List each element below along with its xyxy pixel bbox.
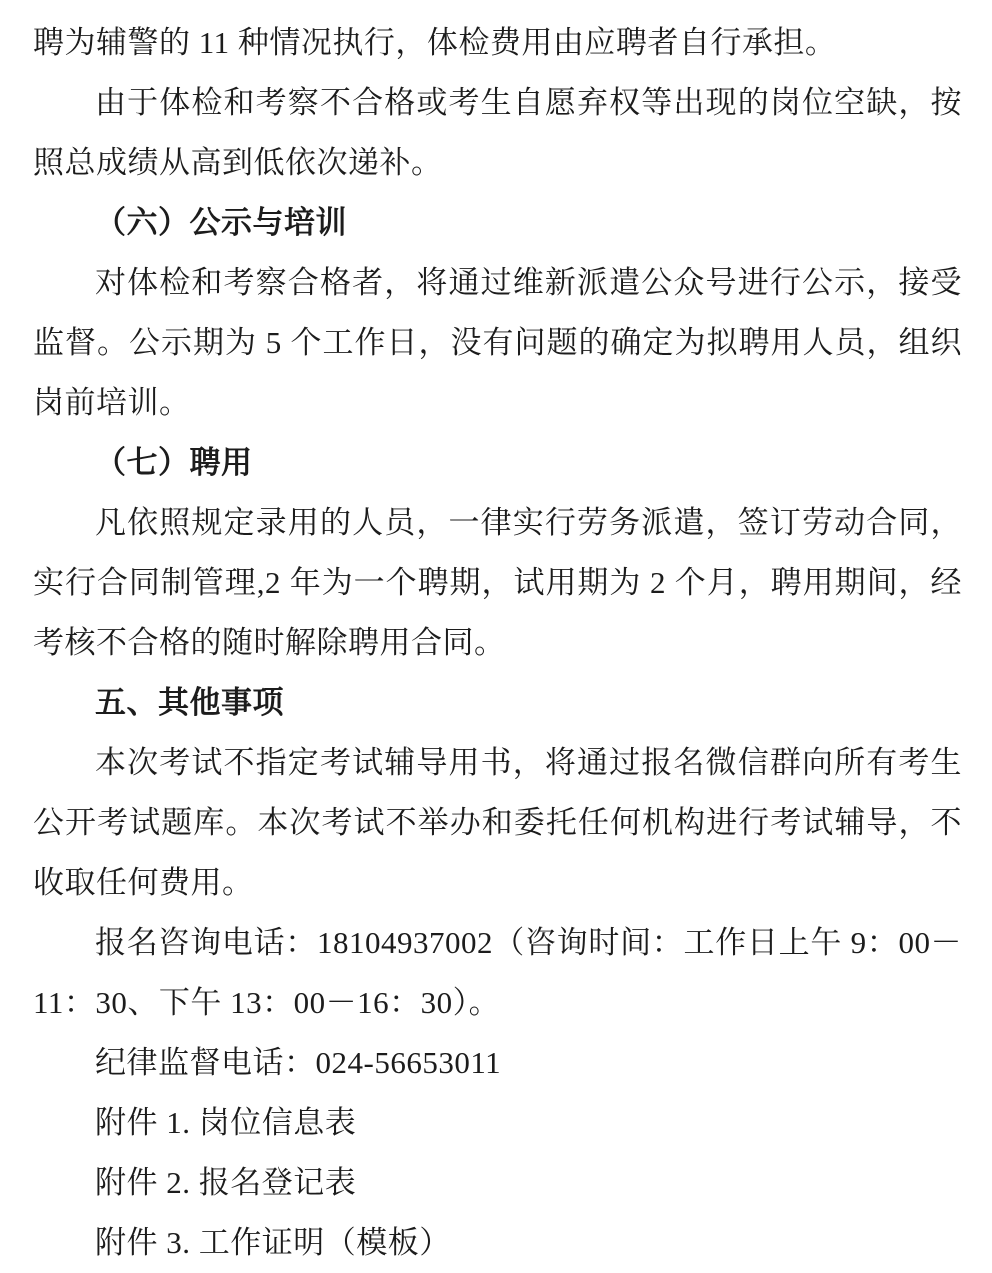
paragraph: 聘为辅警的 11 种情况执行，体检费用由应聘者自行承担。 xyxy=(33,13,962,73)
paragraph: 凡依照规定录用的人员，一律实行劳务派遣，签订劳动合同，实行合同制管理,2 年为一… xyxy=(33,493,962,673)
attachment-item: 附件 2. 报名登记表 xyxy=(33,1153,962,1213)
paragraph: 对体检和考察合格者，将通过维新派遣公众号进行公示，接受监督。公示期为 5 个工作… xyxy=(33,253,962,433)
attachment-item: 附件 1. 岗位信息表 xyxy=(33,1093,962,1153)
paragraph: 纪律监督电话：024-56653011 xyxy=(33,1033,962,1093)
paragraph: 报名咨询电话：18104937002（咨询时间：工作日上午 9：00－11：30… xyxy=(33,913,962,1033)
paragraph: 由于体检和考察不合格或考生自愿弃权等出现的岗位空缺，按照总成绩从高到低依次递补。 xyxy=(33,73,962,193)
document-page: 聘为辅警的 11 种情况执行，体检费用由应聘者自行承担。 由于体检和考察不合格或… xyxy=(0,0,992,1273)
section-heading: 五、其他事项 xyxy=(33,673,962,733)
paragraph: 本次考试不指定考试辅导用书，将通过报名微信群向所有考生公开考试题库。本次考试不举… xyxy=(33,733,962,913)
attachment-item: 附件 3. 工作证明（模板） xyxy=(33,1213,962,1273)
section-heading: （六）公示与培训 xyxy=(33,193,962,253)
section-heading: （七）聘用 xyxy=(33,433,962,493)
